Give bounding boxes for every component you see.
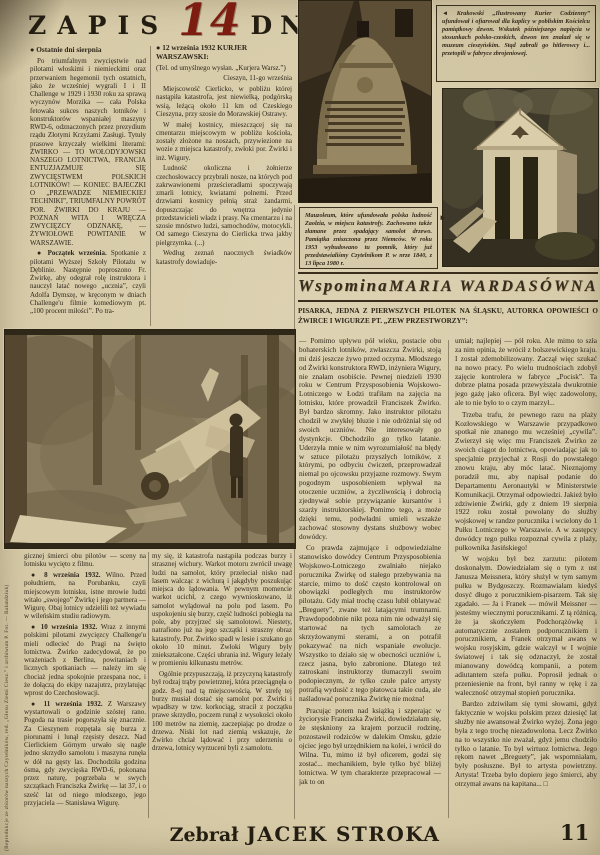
paragraph-lead: ● Początek września. (37, 249, 111, 257)
paragraph: ● 10 września 1932. Wraz z innymi polski… (24, 623, 146, 697)
paragraph: Trzeba trafu, że pewnego razu na plaży K… (455, 411, 597, 553)
paragraph: Bardzo zdziwiłam się tymi słowami, gdyż … (455, 700, 597, 789)
column-rule (148, 552, 149, 818)
section-rule-top (298, 272, 598, 274)
paragraph: Po triumfalnym zwycięstwie nad pilotami … (30, 57, 146, 247)
mausoleum-caption-box: Mauzoleum, które ufundowała polska ludno… (299, 207, 438, 269)
paragraph-text: Spotkanie z pilotami Wyższej Szkoły Pilo… (30, 249, 146, 315)
crash-site-photo (4, 329, 296, 549)
paragraph: ● 11 września 1932. Z Warszawy wystartow… (24, 700, 146, 807)
column-1-top: ● Ostatnie dni sierpnia Po triumfalnym z… (30, 46, 146, 328)
masthead-zapis: ZAPIS (28, 13, 169, 38)
paragraph: Miejscowość Cierlicko, w pobliżu której … (156, 85, 292, 118)
paragraph: Ogólnie przypuszczają, iż przyczyną kata… (152, 670, 292, 753)
paragraph: umiał; najlepiej — pół roku. Ale mimo to… (455, 337, 597, 408)
paragraph: ● 8 września 1932. Wilno. Przed południe… (24, 571, 146, 621)
section-subhead: PISARKA, JEDNA Z PIERWSZYCH PILOTEK NA Ś… (298, 306, 598, 326)
column-4: umiał; najlepiej — pół roku. Ale mimo to… (455, 337, 597, 820)
paragraph-text: Wraz z innymi polskimi pilotami zwycięzc… (24, 623, 146, 697)
section-rule-bottom (298, 300, 598, 302)
paragraph-text: Z Warszawy wystartowali o godzinie szóst… (24, 700, 146, 807)
section-heading: Wspomina MARIA WARDASÓWNA (298, 276, 598, 296)
newspaper-page: ZAPIS 14 DNI ● Ostatnie dni sierpnia Po … (0, 0, 600, 855)
section-rule-left (294, 205, 295, 819)
paragraph: W wojsku był bez zarzutu: pilotem doskon… (455, 555, 597, 697)
masthead-14: 14 (178, 4, 241, 38)
column-2-top: ● 12 września 1932 KURJER WARSZAWSKI: (T… (156, 44, 292, 328)
chapel-photo-art (443, 89, 598, 266)
bell-photo-art (299, 1, 431, 202)
page-number: 11 (560, 820, 589, 845)
paragraph: Pracując potem nad książką i szperając w… (299, 707, 441, 787)
paragraph-lead: ● 8 września 1932. (31, 571, 106, 579)
column-rule (150, 46, 151, 326)
paragraph-text: Po triumfalnym zwycięstwie nad pilotami … (30, 57, 146, 247)
right-arrow-icon: ► (439, 214, 447, 222)
mausoleum-caption: Mauzoleum, które ufundowała polska ludno… (305, 212, 432, 267)
paragraph: Według zeznań naocznych świadków katastr… (156, 249, 292, 266)
crash-site-photo-art (5, 330, 295, 548)
dateline: Cieszyn, 11-go września (156, 74, 292, 82)
left-arrow-icon: ◄ (442, 10, 448, 17)
column-1-bottom: gicznej śmierci obu pilotów — sceny na l… (24, 552, 146, 820)
paragraph: W małej kostnicy, mieszczącej się na cme… (156, 121, 292, 162)
column-rule (448, 340, 449, 818)
paragraph: gicznej śmierci obu pilotów — sceny na l… (24, 552, 146, 569)
paragraph-lead: ● 10 września 1932. (31, 623, 101, 631)
tel-note: (Tel. od umyślnego wysłan. „Kurjera Wars… (156, 64, 292, 72)
paragraph: — Pomimo upływu pół wieku, postacie obu … (299, 337, 441, 541)
bell-caption-box: ◄ Krakowski „Ilustrowany Kurier Codzienn… (436, 5, 596, 82)
paragraph: Co prawda zajmujące i odpowiedzialne sta… (299, 544, 441, 704)
margin-credit: (Reprodukcje ze zbiorów naszych Czytelni… (4, 551, 10, 851)
footer-collected-label: Zebrał (170, 824, 239, 846)
section-heading-name: MARIA WARDASÓWNA (389, 278, 598, 296)
masthead: ZAPIS 14 DNI (28, 4, 331, 38)
footer-author-name: JACEK STROKA (246, 822, 440, 846)
footer-credit: ZebrałJACEK STROKA (140, 822, 470, 846)
paragraph-lead: ● 11 września 1932. (31, 700, 108, 708)
kurjer-heading: ● 12 września 1932 KURJER WARSZAWSKI: (156, 44, 292, 61)
paragraph-text: Wilno. Przed południem, na Porubanku, cz… (24, 571, 146, 620)
chapel-photo (442, 88, 599, 267)
paragraph-text: gicznej śmierci obu pilotów — sceny na l… (24, 552, 146, 568)
section-heading-script: Wspomina (298, 276, 389, 296)
column-3: — Pomimo upływu pół wieku, postacie obu … (299, 337, 441, 820)
paragraph: Ludność okoliczna i żołnierze czechosłow… (156, 164, 292, 247)
column-2-bottom: my się, iż katastrofa nastąpiła podczas … (152, 552, 292, 818)
bell-caption: Krakowski „Ilustrowany Kurier Codzienny”… (442, 10, 590, 57)
paragraph: my się, iż katastrofa nastąpiła podczas … (152, 552, 292, 668)
article-heading-ostatnie-dni: ● Ostatnie dni sierpnia (30, 46, 146, 55)
bell-photo (298, 0, 432, 203)
paragraph: ● Początek września. Spotkanie z pilotam… (30, 249, 146, 315)
